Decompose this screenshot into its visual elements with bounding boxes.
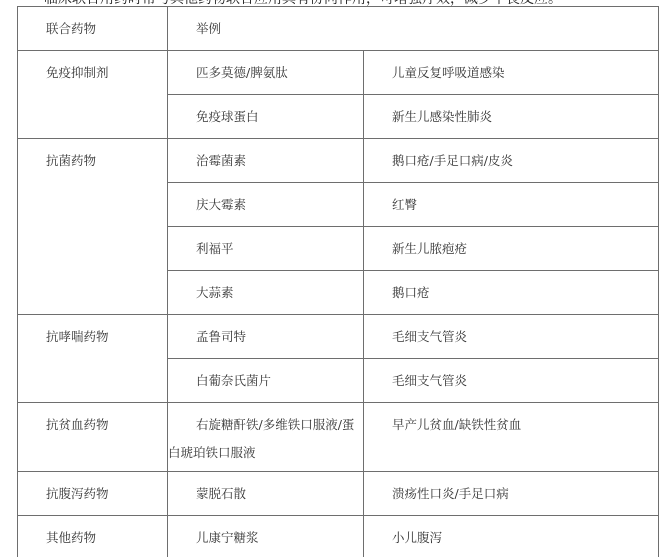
- drug-label: 孟鲁司特: [168, 315, 363, 344]
- table-row: 其他药物 儿康宁糖浆 小儿腹泻: [18, 516, 659, 557]
- indication-cell: 鹅口疮/手足口病/皮炎: [364, 139, 659, 183]
- indication-label: 新生儿感染性肺炎: [364, 95, 658, 124]
- table-row: 抗贫血药物 右旋糖酐铁/多维铁口服液/蛋 白琥珀铁口服液 早产儿贫血/缺铁性贫血: [18, 403, 659, 472]
- indication-label: 鹅口疮/手足口病/皮炎: [364, 139, 658, 168]
- header-label: 联合药物: [18, 7, 167, 36]
- indication-cell: 毛细支气管炎: [364, 359, 659, 403]
- drug-cell: 蒙脱石散: [168, 472, 364, 516]
- indication-label: 红臀: [364, 183, 658, 212]
- category-label: 免疫抑制剂: [18, 51, 167, 80]
- indication-cell: 毛细支气管炎: [364, 315, 659, 359]
- category-cell: 其他药物: [18, 516, 168, 557]
- category-label: 抗菌药物: [18, 139, 167, 168]
- indication-cell: 小儿腹泻: [364, 516, 659, 557]
- drug-label-line1: 右旋糖酐铁/多维铁口服液/蛋: [196, 417, 354, 432]
- header-cell-combination-drug: 联合药物: [18, 7, 168, 51]
- drug-label: 庆大霉素: [168, 183, 363, 212]
- indication-cell: 鹅口疮: [364, 271, 659, 315]
- drug-label: 儿康宁糖浆: [168, 516, 363, 545]
- indication-cell: 新生儿脓疱疮: [364, 227, 659, 271]
- table-row: 抗哮喘药物 孟鲁司特 毛细支气管炎: [18, 315, 659, 359]
- header-label: 举例: [168, 7, 658, 36]
- indication-label: 新生儿脓疱疮: [364, 227, 658, 256]
- drug-cell: 免疫球蛋白: [168, 95, 364, 139]
- drug-cell: 儿康宁糖浆: [168, 516, 364, 557]
- drug-cell: 大蒜素: [168, 271, 364, 315]
- indication-label: 溃疡性口炎/手足口病: [364, 472, 658, 501]
- drug-label: 大蒜素: [168, 271, 363, 300]
- drug-cell: 匹多莫德/脾氨肽: [168, 51, 364, 95]
- drug-label-line2: 白琥珀铁口服液: [168, 445, 256, 460]
- indication-label: 儿童反复呼吸道感染: [364, 51, 658, 80]
- drug-label: 治霉菌素: [168, 139, 363, 168]
- category-label: 其他药物: [18, 516, 167, 545]
- combination-drug-table: 联合药物 举例 免疫抑制剂 匹多莫德/脾氨肽 儿童反复呼吸道感染 免疫球蛋白 新…: [17, 6, 659, 557]
- category-cell: 抗腹泻药物: [18, 472, 168, 516]
- category-cell: 免疫抑制剂: [18, 51, 168, 139]
- drug-cell: 孟鲁司特: [168, 315, 364, 359]
- drug-cell: 右旋糖酐铁/多维铁口服液/蛋 白琥珀铁口服液: [168, 403, 364, 472]
- indication-label: 早产儿贫血/缺铁性贫血: [364, 403, 658, 432]
- indication-label: 毛细支气管炎: [364, 359, 658, 388]
- indication-cell: 新生儿感染性肺炎: [364, 95, 659, 139]
- indication-cell: 溃疡性口炎/手足口病: [364, 472, 659, 516]
- indication-cell: 早产儿贫血/缺铁性贫血: [364, 403, 659, 472]
- table-row: 抗菌药物 治霉菌素 鹅口疮/手足口病/皮炎: [18, 139, 659, 183]
- drug-label: 利福平: [168, 227, 363, 256]
- drug-cell: 治霉菌素: [168, 139, 364, 183]
- table-row: 抗腹泻药物 蒙脱石散 溃疡性口炎/手足口病: [18, 472, 659, 516]
- category-label: 抗腹泻药物: [18, 472, 167, 501]
- indication-label: 毛细支气管炎: [364, 315, 658, 344]
- indication-label: 小儿腹泻: [364, 516, 658, 545]
- category-cell: 抗菌药物: [18, 139, 168, 315]
- category-cell: 抗贫血药物: [18, 403, 168, 472]
- drug-label: 匹多莫德/脾氨肽: [168, 51, 363, 80]
- drug-label: 免疫球蛋白: [168, 95, 363, 124]
- indication-cell: 红臀: [364, 183, 659, 227]
- drug-label: 白葡奈氏菌片: [168, 359, 363, 388]
- indication-label: 鹅口疮: [364, 271, 658, 300]
- category-label: 抗哮喘药物: [18, 315, 167, 344]
- table-header-row: 联合药物 举例: [18, 7, 659, 51]
- category-label: 抗贫血药物: [18, 403, 167, 432]
- table-row: 免疫抑制剂 匹多莫德/脾氨肽 儿童反复呼吸道感染: [18, 51, 659, 95]
- drug-label: 蒙脱石散: [168, 472, 363, 501]
- drug-cell: 利福平: [168, 227, 364, 271]
- category-cell: 抗哮喘药物: [18, 315, 168, 403]
- indication-cell: 儿童反复呼吸道感染: [364, 51, 659, 95]
- drug-cell: 庆大霉素: [168, 183, 364, 227]
- drug-label-wrapped: 右旋糖酐铁/多维铁口服液/蛋 白琥珀铁口服液: [168, 396, 363, 467]
- header-cell-examples: 举例: [168, 7, 659, 51]
